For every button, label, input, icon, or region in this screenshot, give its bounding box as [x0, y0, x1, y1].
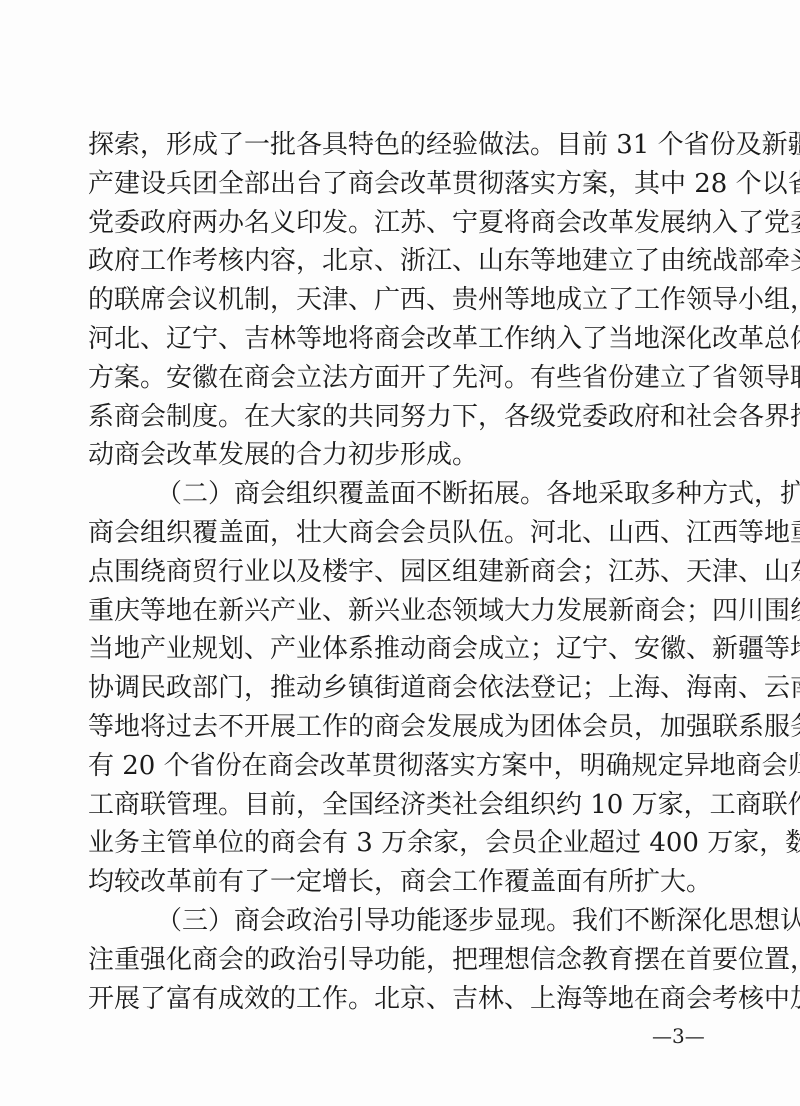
text-line: 动商会改革发展的合力初步形成。	[88, 436, 708, 475]
text-line: 党委政府两办名义印发。江苏、宁夏将商会改革发展纳入了党委	[88, 204, 708, 243]
text-line: 开展了富有成效的工作。北京、吉林、上海等地在商会考核中加	[88, 980, 708, 1019]
text-line: 探索，形成了一批各具特色的经验做法。目前 31 个省份及新疆生	[88, 126, 708, 165]
text-line: 方案。安徽在商会立法方面开了先河。有些省份建立了省领导联	[88, 359, 708, 398]
text-line: 工商联管理。目前，全国经济类社会组织约 10 万家，工商联作为	[88, 786, 708, 825]
text-line: 点围绕商贸行业以及楼宇、园区组建新商会；江苏、天津、山东、	[88, 553, 708, 592]
text-line: 商会组织覆盖面，壮大商会会员队伍。河北、山西、江西等地重	[88, 514, 708, 553]
text-line: 等地将过去不开展工作的商会发展成为团体会员，加强联系服务；	[88, 708, 708, 747]
section-heading-line: （三）商会政治引导功能逐步显现。我们不断深化思想认识，	[88, 902, 708, 941]
text-line: 有 20 个省份在商会改革贯彻落实方案中，明确规定异地商会归口	[88, 747, 708, 786]
text-line: 产建设兵团全部出台了商会改革贯彻落实方案，其中 28 个以省级	[88, 165, 708, 204]
page-number: —3—	[652, 1024, 705, 1048]
section-heading-line: （二）商会组织覆盖面不断拓展。各地采取多种方式，扩大	[88, 475, 708, 514]
text-line: 政府工作考核内容，北京、浙江、山东等地建立了由统战部牵头	[88, 242, 708, 281]
text-line: 当地产业规划、产业体系推动商会成立；辽宁、安徽、新疆等地	[88, 630, 708, 669]
body-text: 探索，形成了一批各具特色的经验做法。目前 31 个省份及新疆生 产建设兵团全部出…	[88, 126, 708, 1018]
document-page: 探索，形成了一批各具特色的经验做法。目前 31 个省份及新疆生 产建设兵团全部出…	[0, 0, 800, 1106]
text-line: 业务主管单位的商会有 3 万余家，会员企业超过 400 万家，数量	[88, 824, 708, 863]
text-line: 协调民政部门，推动乡镇街道商会依法登记；上海、海南、云南	[88, 669, 708, 708]
text-line: 均较改革前有了一定增长，商会工作覆盖面有所扩大。	[88, 863, 708, 902]
text-line: 系商会制度。在大家的共同努力下，各级党委政府和社会各界推	[88, 398, 708, 437]
text-line: 的联席会议机制，天津、广西、贵州等地成立了工作领导小组，	[88, 281, 708, 320]
text-line: 河北、辽宁、吉林等地将商会改革工作纳入了当地深化改革总体	[88, 320, 708, 359]
text-line: 重庆等地在新兴产业、新兴业态领域大力发展新商会；四川围绕	[88, 592, 708, 631]
text-line: 注重强化商会的政治引导功能，把理想信念教育摆在首要位置，	[88, 941, 708, 980]
